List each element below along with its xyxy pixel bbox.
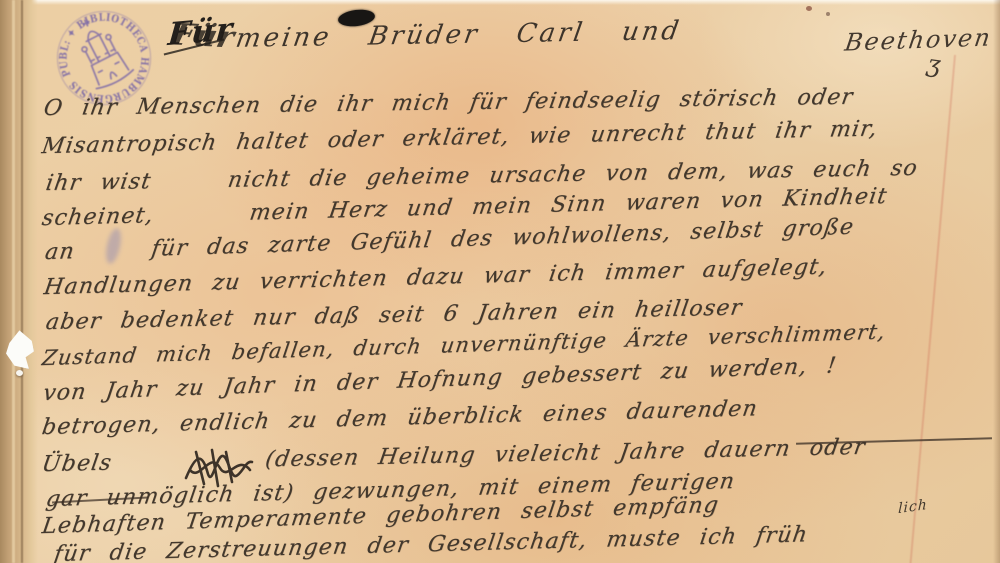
ink-speck: [806, 6, 812, 11]
crease-line: [12, 0, 15, 563]
manuscript-line: Misantropisch haltet oder erkläret, wie …: [40, 116, 880, 159]
heading-dedication: meine Brüder Carl und: [234, 16, 684, 54]
heading-flourish: ʒ: [925, 49, 942, 79]
ink-speck: [826, 12, 830, 16]
crease-line: [21, 0, 23, 563]
paper-top-edge: [0, 0, 1000, 5]
paper-right-edge: [993, 0, 1000, 563]
superscript-lich: lich: [898, 497, 928, 517]
crossed-out-word: [182, 448, 256, 488]
crease-line: [909, 55, 956, 563]
paper-fold-edge: [0, 0, 38, 563]
manuscript-line: Übels (dessen Heilung vieleicht Jahre da…: [40, 435, 867, 477]
paper-tear: [16, 370, 23, 376]
heading-name: Beethoven: [843, 23, 994, 56]
manuscript-page: PUBL: ✦ BIBLIOTHECA HAMBURGENSIS Für Für…: [0, 0, 1000, 563]
manuscript-line: betrogen, endlich zu dem überblick eines…: [40, 396, 759, 440]
